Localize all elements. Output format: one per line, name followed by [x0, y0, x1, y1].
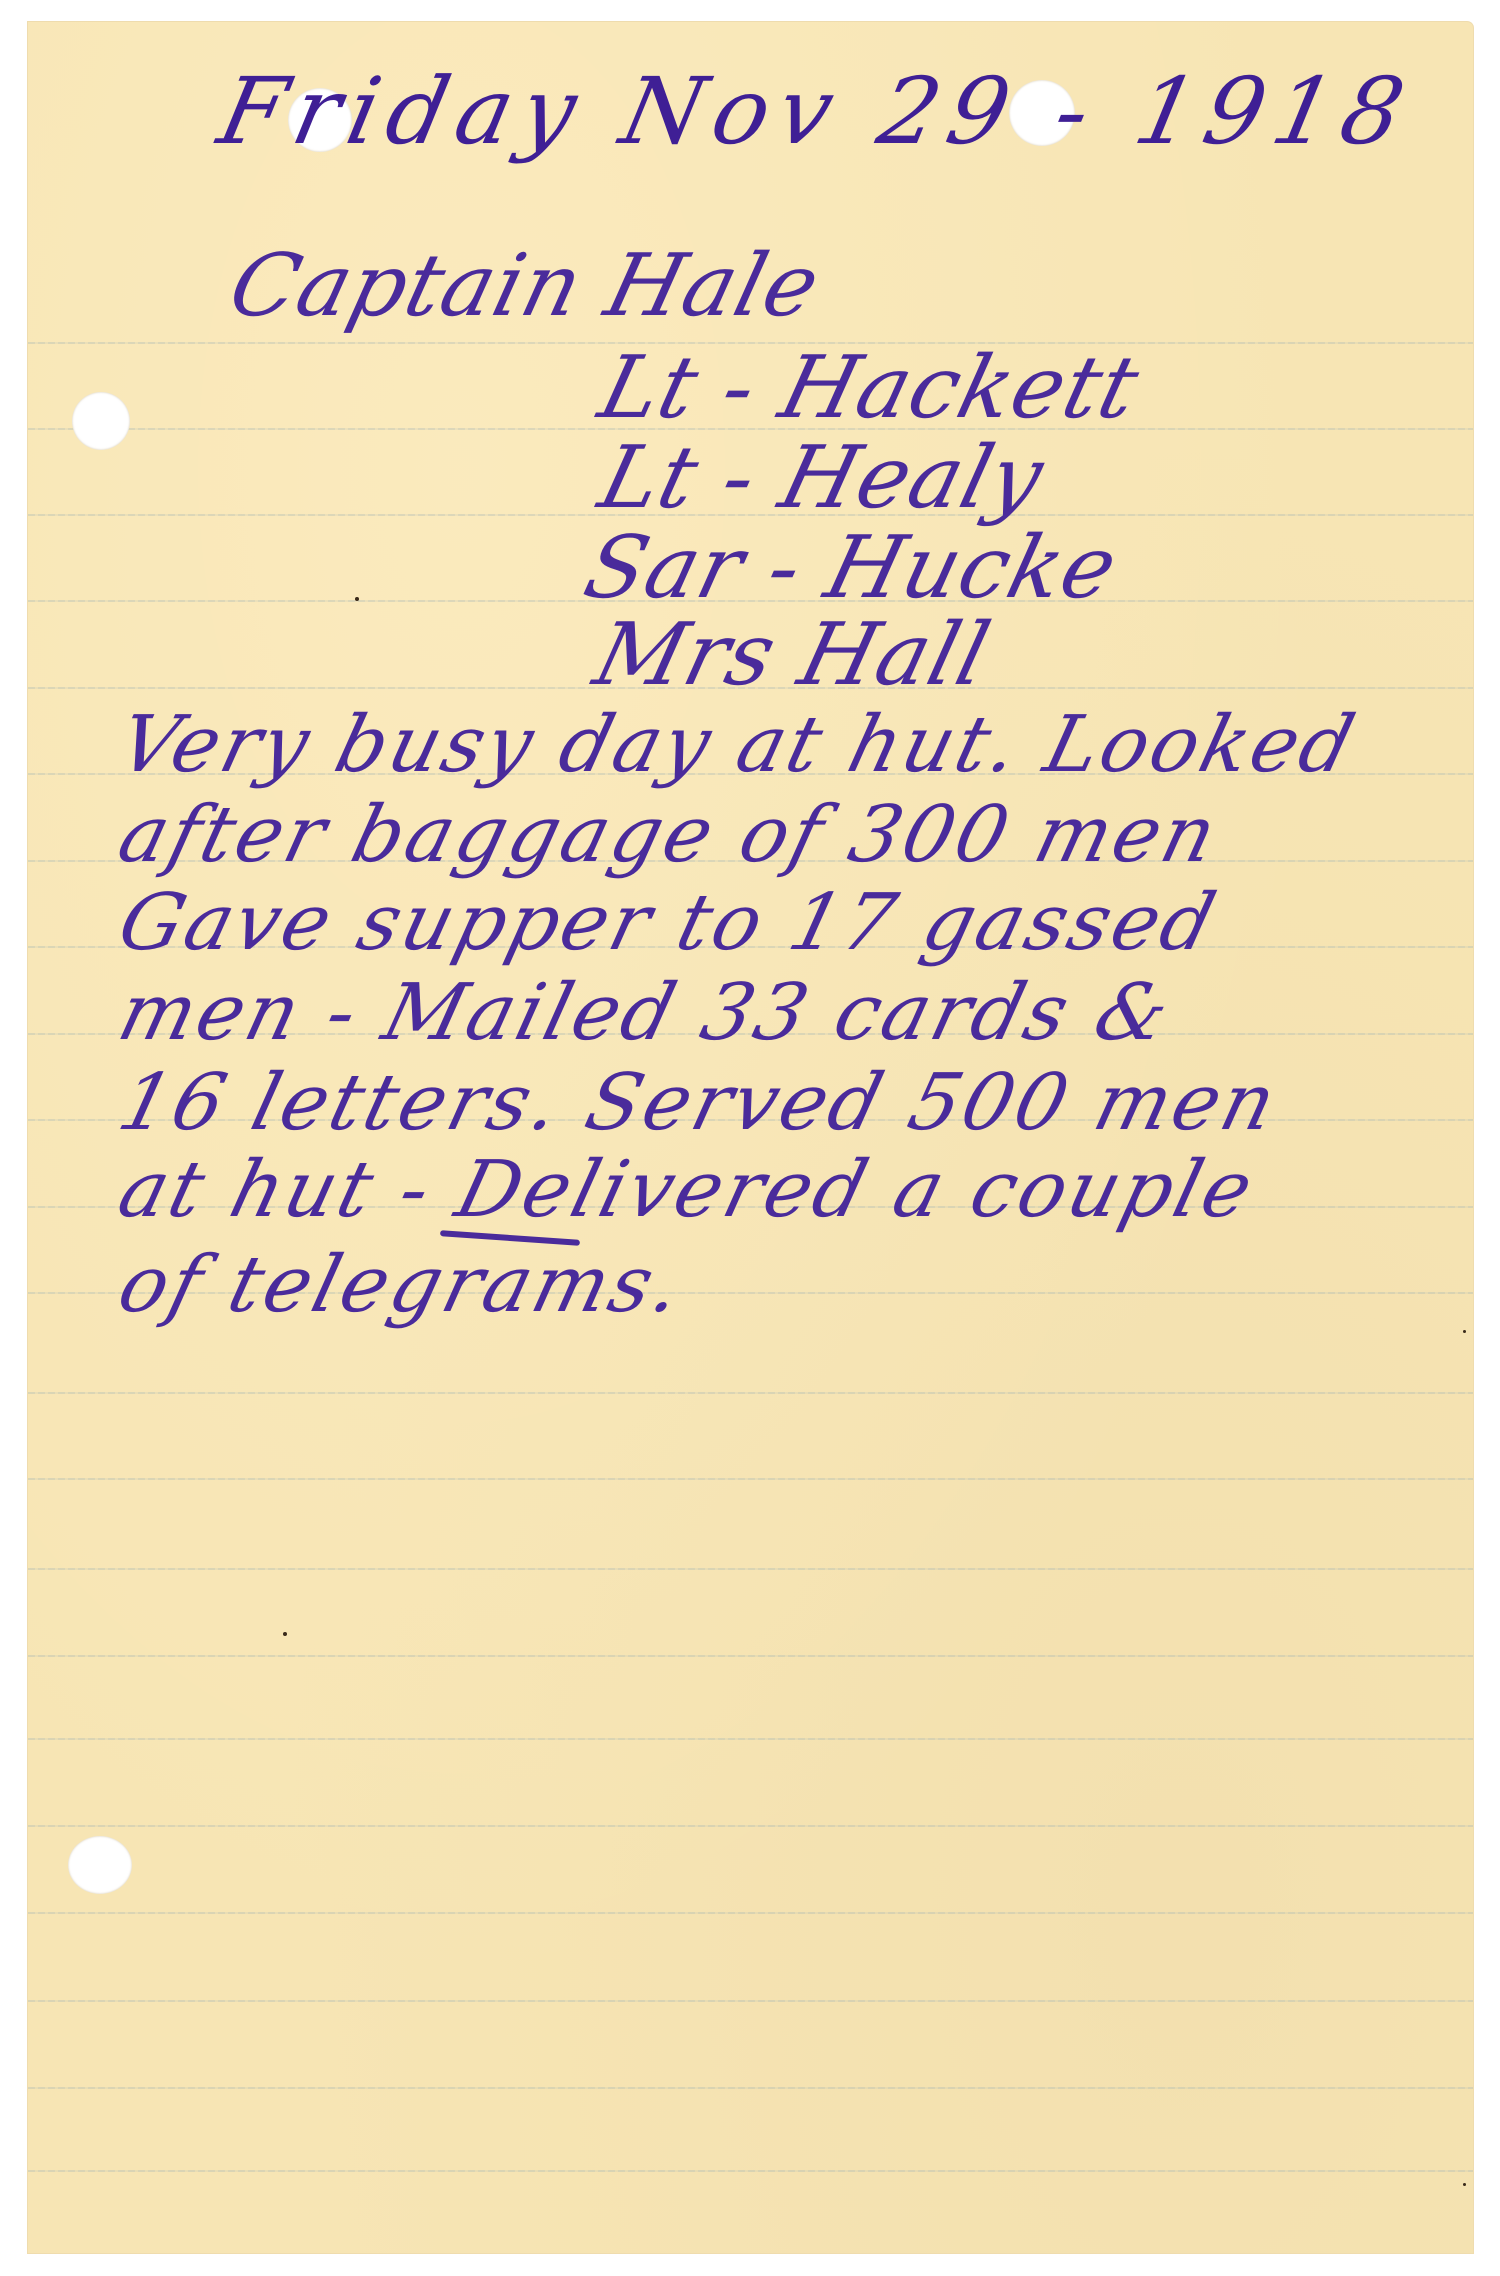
body-line-6: at hut - Delivered a couple: [110, 1145, 1264, 1235]
body-line-4: men - Mailed 33 cards &: [110, 968, 1181, 1058]
ruled-line: [28, 1478, 1473, 1480]
ruled-line: [28, 1738, 1473, 1740]
ruled-line: [28, 2087, 1473, 2089]
paper-speck: [1463, 2183, 1466, 2186]
punch-hole: [72, 392, 130, 450]
paper-speck: [283, 1632, 287, 1636]
body-line-3: Gave supper to 17 gassed: [110, 878, 1226, 968]
body-line-2: after baggage of 300 men: [110, 790, 1228, 880]
body-line-7: of telegrams.: [110, 1240, 693, 1330]
ruled-line: [28, 1912, 1473, 1914]
name-captain-hale: Captain Hale: [220, 236, 830, 336]
ruled-line: [28, 1392, 1473, 1394]
ruled-line: [28, 2170, 1473, 2172]
body-line-1: Very busy day at hut. Looked: [110, 700, 1365, 790]
name-lt-hackett: Lt - Hackett: [590, 338, 1149, 438]
paper-speck: [1463, 1330, 1466, 1333]
body-line-5: 16 letters. Served 500 men: [110, 1058, 1287, 1148]
ruled-line: [28, 2000, 1473, 2002]
name-mrs-hall: Mrs Hall: [585, 605, 1000, 705]
punch-hole: [68, 1836, 132, 1894]
name-sar-hucke: Sar - Hucke: [575, 518, 1128, 618]
ruled-line: [28, 1825, 1473, 1827]
ruled-line: [28, 1568, 1473, 1570]
date-heading: Friday Nov 29 - 1918: [210, 58, 1423, 165]
ruled-line: [28, 1655, 1473, 1657]
name-lt-healy: Lt - Healy: [590, 428, 1054, 528]
paper-speck: [355, 597, 359, 601]
